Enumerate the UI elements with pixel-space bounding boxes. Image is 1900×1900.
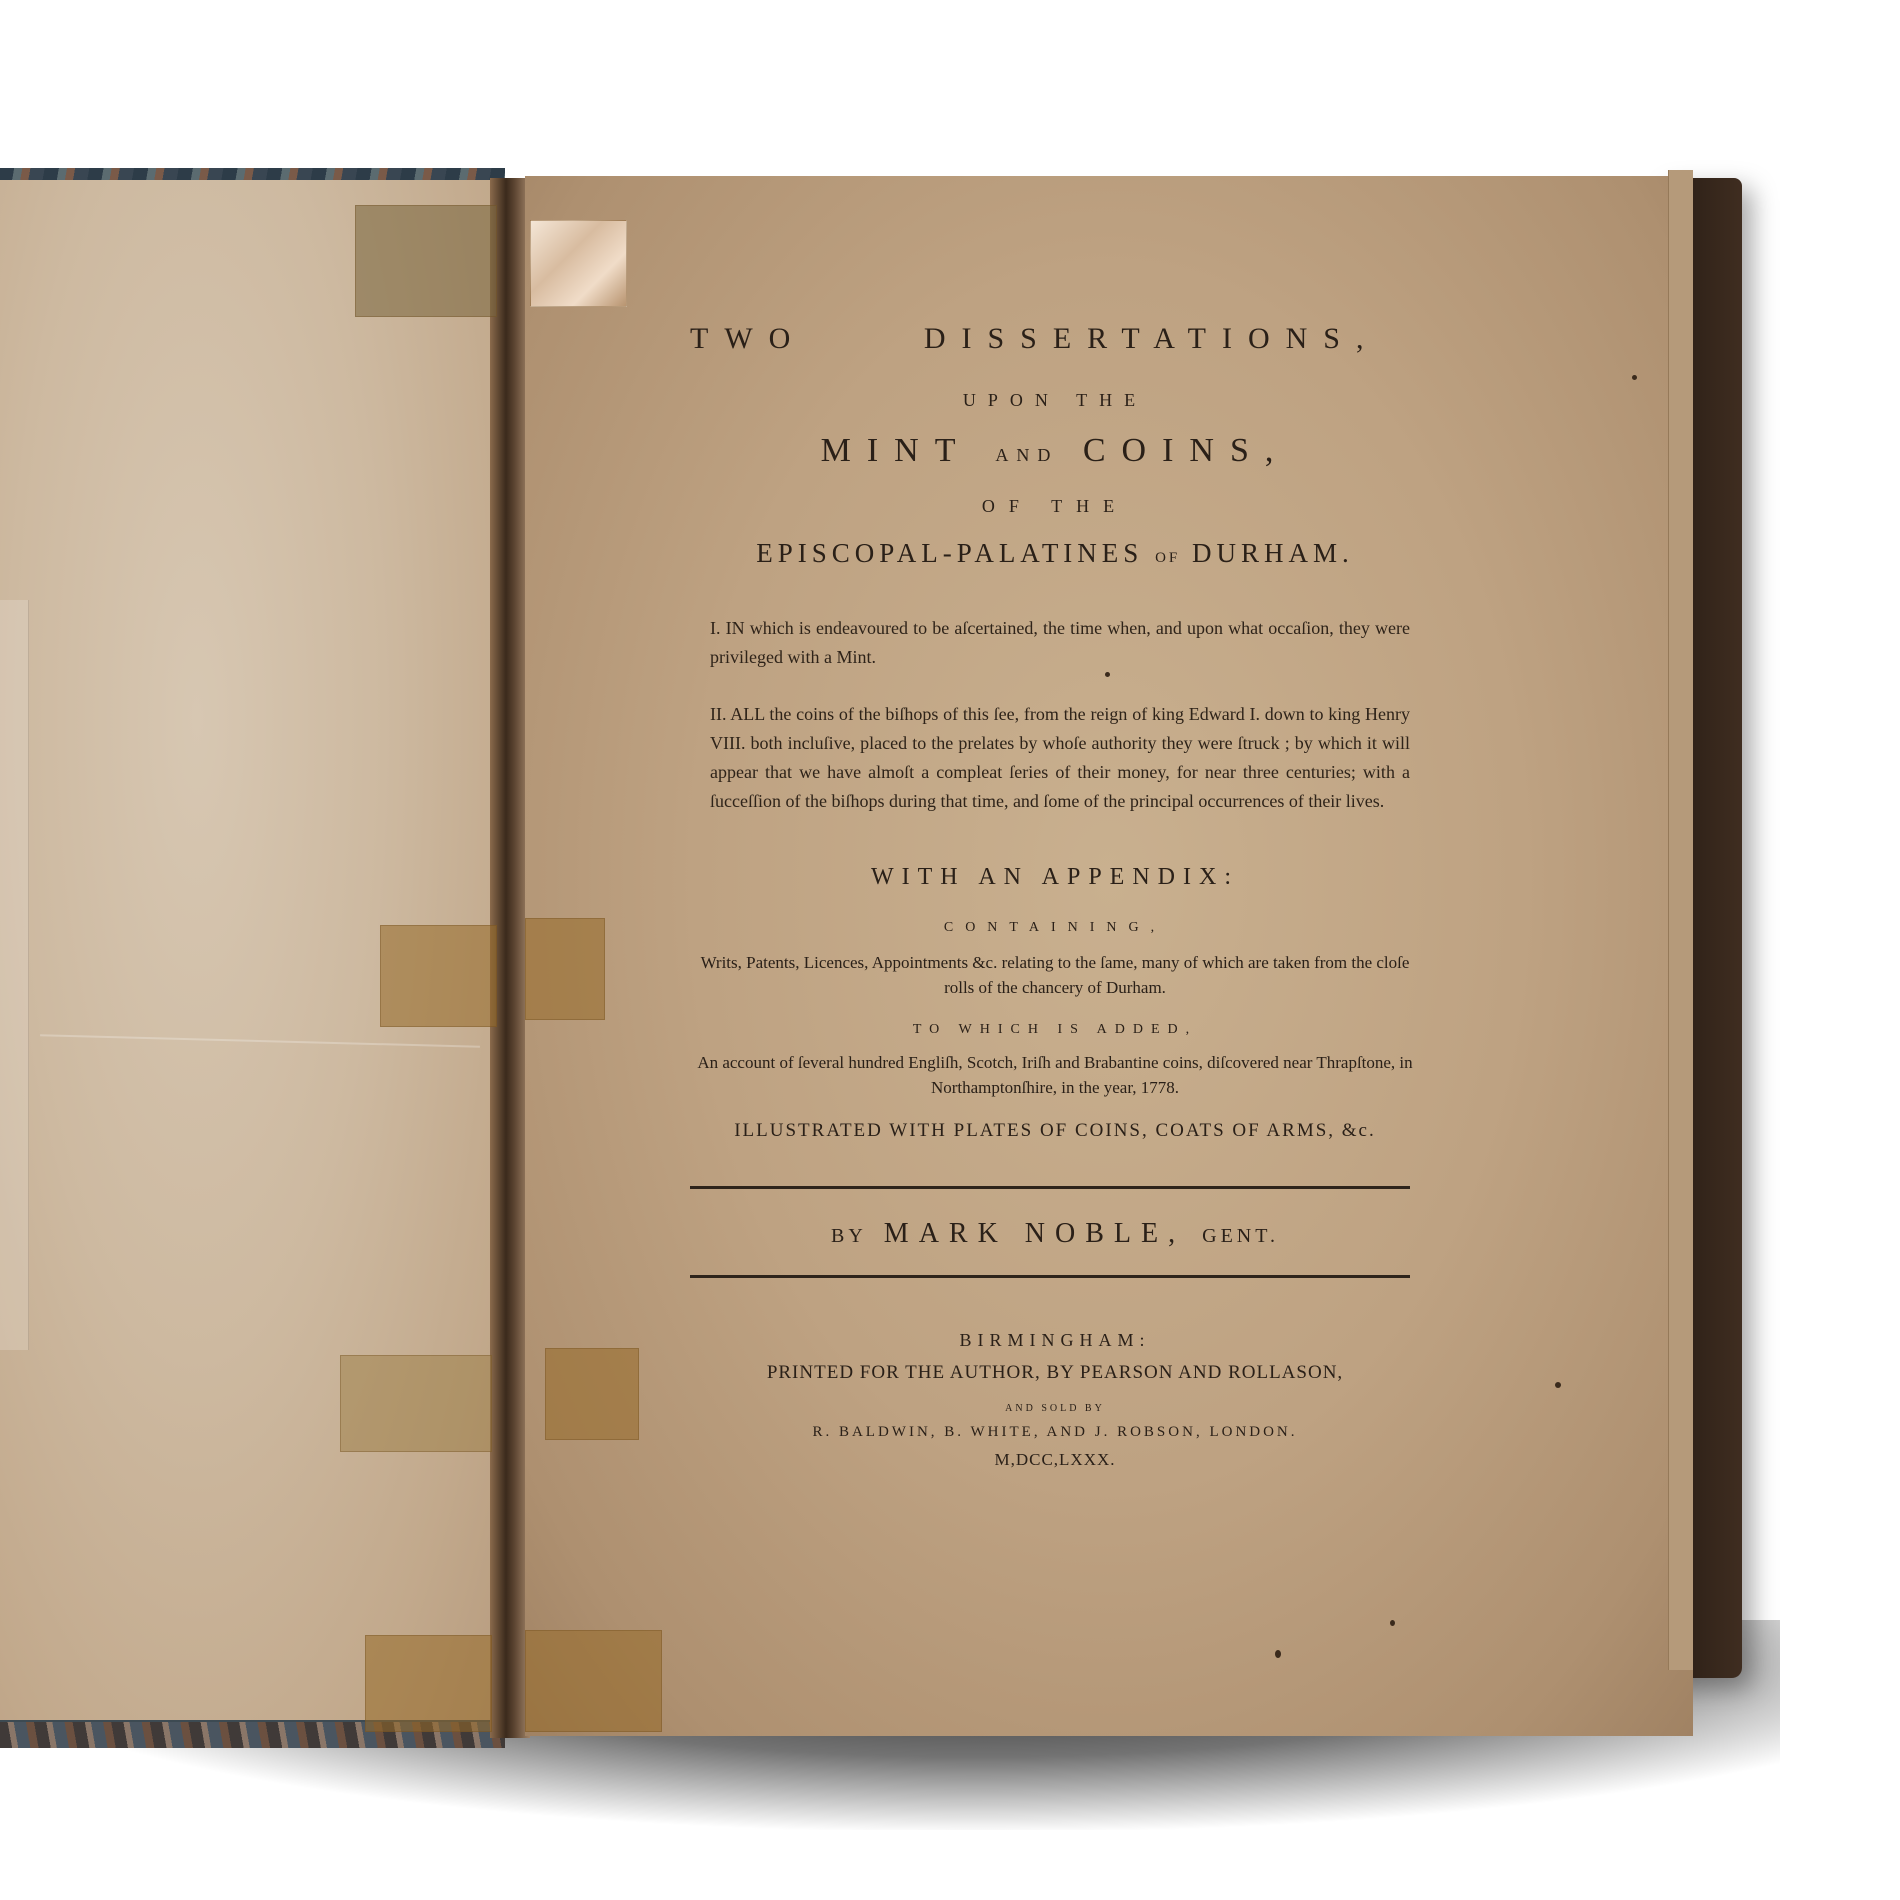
title-word-two: TWO xyxy=(690,322,806,356)
title-word-and: AND xyxy=(995,445,1058,465)
imprint-date: M,DCC,LXXX. xyxy=(690,1450,1420,1470)
horizontal-rule-top xyxy=(690,1186,1410,1189)
tape-repair-left-bottom xyxy=(365,1635,492,1732)
imprint-place: BIRMINGHAM: xyxy=(690,1330,1420,1351)
foxing-spot xyxy=(1390,1620,1395,1626)
page-fore-edge xyxy=(1668,170,1693,1670)
tape-repair-left-mid xyxy=(380,925,497,1027)
author-name: MARK NOBLE, xyxy=(884,1218,1185,1249)
added-description: An account of ſeveral hundred Engliſh, S… xyxy=(690,1050,1420,1100)
title-word-mint: MINT xyxy=(821,432,971,469)
title-line-mint-and-coins: MINT AND COINS, xyxy=(690,432,1420,470)
title-line-upon-the: UPON THE xyxy=(690,390,1420,411)
title-word-of: OF xyxy=(1155,550,1180,566)
foxing-spot xyxy=(1555,1382,1561,1388)
foxing-spot xyxy=(1632,375,1637,380)
tape-repair-right-top xyxy=(530,220,627,307)
tape-repair-right-mid xyxy=(525,918,605,1020)
title-word-episcopal-palatines: EPISCOPAL-PALATINES xyxy=(756,538,1143,568)
foxing-spot xyxy=(1105,672,1110,677)
page-crease xyxy=(40,1034,480,1048)
tape-repair-left-top xyxy=(355,205,497,317)
appendix-heading: WITH AN APPENDIX: xyxy=(690,864,1420,891)
bookplate-ghost xyxy=(0,600,29,1350)
title-line-of-the: OF THE xyxy=(690,496,1420,517)
added-heading: TO WHICH IS ADDED, xyxy=(690,1022,1420,1038)
title-word-coins: COINS, xyxy=(1083,432,1290,469)
imprint-sold-by: AND SOLD BY xyxy=(690,1403,1420,1414)
imprint-sellers: R. BALDWIN, B. WHITE, AND J. ROBSON, LON… xyxy=(690,1424,1420,1441)
imprint-printer: PRINTED FOR THE AUTHOR, BY PEARSON AND R… xyxy=(690,1362,1420,1384)
by-label: BY xyxy=(831,1225,867,1247)
title-word-durham: DURHAM. xyxy=(1192,538,1354,568)
foxing-spot xyxy=(1275,1650,1281,1658)
author-line: BY MARK NOBLE, GENT. xyxy=(690,1218,1420,1250)
tape-repair-right-bottom xyxy=(525,1630,662,1732)
containing-label: CONTAINING, xyxy=(690,920,1420,936)
appendix-description: Writs, Patents, Licences, Appointments &… xyxy=(690,950,1420,1000)
description-paragraph-1: I. IN which is endeavoured to be aſcerta… xyxy=(710,614,1410,672)
tape-repair-left-lower xyxy=(340,1355,492,1452)
description-paragraph-2: II. ALL the coins of the biſhops of this… xyxy=(710,700,1410,816)
title-line-episcopal: EPISCOPAL-PALATINES OF DURHAM. xyxy=(690,538,1420,569)
horizontal-rule-bottom xyxy=(690,1275,1410,1278)
illustrated-line: ILLUSTRATED WITH PLATES OF COINS, COATS … xyxy=(690,1120,1420,1142)
author-title: GENT. xyxy=(1202,1225,1279,1247)
tape-repair-right-lower xyxy=(545,1348,639,1440)
title-line-1: TWO DISSERTATIONS, xyxy=(690,322,1420,356)
title-word-dissertations: DISSERTATIONS, xyxy=(924,322,1380,356)
